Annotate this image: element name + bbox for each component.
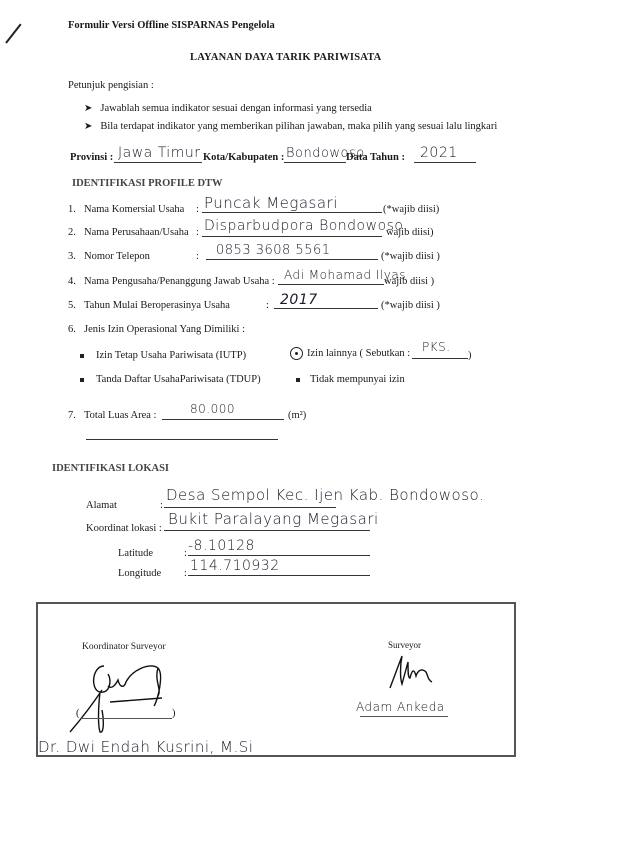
surveyor-label: Surveyor	[388, 640, 421, 650]
luas-area-field[interactable]: 80.000	[190, 402, 235, 416]
latitude-field[interactable]: -8.10128	[188, 538, 255, 554]
required-note: wajib diisi)	[386, 227, 434, 238]
permit-option-tdup[interactable]: Tanda Daftar UsahaPariwisata (TDUP)	[80, 374, 261, 385]
latitude-label: Latitude	[118, 548, 153, 559]
surveyor-signature	[386, 650, 446, 692]
instruction-text: Jawablah semua indikator sesuai dengan i…	[100, 103, 371, 114]
permit-option-iutp[interactable]: Izin Tetap Usaha Pariwisata (IUTP)	[80, 350, 246, 361]
field-3-num: 3.	[68, 251, 76, 262]
longitude-field[interactable]: 114.710932	[190, 558, 280, 574]
permit-label: Jenis Izin Operasional Yang Dimiliki :	[84, 324, 245, 335]
close-paren: )	[172, 708, 176, 719]
surveyor-name: Adam Ankeda	[356, 700, 445, 714]
open-paren: (	[76, 708, 80, 719]
permit-option-none[interactable]: Tidak mempunyai izin	[296, 374, 405, 385]
alamat-field[interactable]: Desa Sempol Kec. Ijen Kab. Bondowoso.	[166, 486, 484, 504]
instruction-text: Bila terdapat indikator yang memberikan …	[100, 121, 497, 132]
longitude-label: Longitude	[118, 568, 161, 579]
instruction-item: ➤Bila terdapat indikator yang memberikan…	[84, 121, 497, 132]
field-6-num: 6.	[68, 324, 76, 335]
close-paren: )	[468, 350, 472, 361]
field-3-label: Nomor Telepon	[84, 251, 150, 262]
field-7-num: 7.	[68, 410, 76, 421]
colon: :	[196, 204, 199, 215]
colon: :	[196, 251, 199, 262]
arrow-bullet-icon: ➤	[84, 121, 92, 132]
form-version-label: Formulir Versi Offline SISPARNAS Pengelo…	[68, 20, 275, 31]
koordinat-field[interactable]: Bukit Paralayang Megasari	[168, 510, 379, 528]
required-note: (*wajib diisi )	[381, 251, 440, 262]
colon: :	[266, 300, 269, 311]
field-2-label: Nama Perusahaan/Usaha	[84, 227, 189, 238]
colon: :	[196, 227, 199, 238]
field-4-label: Nama Pengusaha/Penanggung Jawab Usaha :	[84, 276, 275, 287]
permit-option-lainnya[interactable]: Izin lainnya ( Sebutkan :	[290, 347, 410, 360]
colon: :	[160, 500, 163, 511]
field-4-num: 4.	[68, 276, 76, 287]
required-note: (*wajib diisi)	[383, 204, 439, 215]
required-note: (*wajib diisi )	[381, 300, 440, 311]
coordinator-signature	[62, 660, 182, 740]
area-label: Total Luas Area :	[84, 410, 156, 421]
tahun-mulai-field[interactable]: 2017	[280, 292, 318, 308]
izin-lainnya-field[interactable]: PKS.	[422, 340, 451, 354]
location-heading: IDENTIFIKASI LOKASI	[52, 463, 169, 474]
field-5-label: Tahun Mulai Beroperasinya Usaha	[84, 300, 230, 311]
provinsi-field[interactable]: Jawa Timur	[118, 145, 200, 161]
telepon-field[interactable]: 0853 3608 5561	[216, 243, 331, 258]
tahun-label: Data Tahun :	[346, 152, 405, 163]
profile-heading: IDENTIFIKASI PROFILE DTW	[72, 178, 223, 189]
provinsi-label: Provinsi :	[70, 152, 113, 163]
field-1-num: 1.	[68, 204, 76, 215]
instructions-label: Petunjuk pengisian :	[68, 80, 154, 91]
page-title: LAYANAN DAYA TARIK PARIWISATA	[190, 52, 381, 63]
area-unit: (m²)	[288, 410, 306, 421]
nama-komersial-field[interactable]: Puncak Megasari	[204, 194, 338, 212]
arrow-bullet-icon: ➤	[84, 103, 92, 114]
coordinator-label: Koordinator Surveyor	[82, 642, 166, 652]
field-2-num: 2.	[68, 227, 76, 238]
field-5-num: 5.	[68, 300, 76, 311]
bullet-icon	[296, 378, 300, 382]
koordinat-label: Koordinat lokasi :	[86, 523, 162, 534]
kota-label: Kota/Kabupaten :	[203, 152, 284, 163]
bullet-icon	[80, 354, 84, 358]
selected-circle-icon	[290, 347, 303, 360]
nama-perusahaan-field[interactable]: Disparbudpora Bondowoso	[204, 218, 404, 234]
colon: :	[184, 568, 187, 579]
required-note: wajib diisi )	[384, 276, 434, 287]
field-1-label: Nama Komersial Usaha	[84, 204, 184, 215]
tahun-field[interactable]: 2021	[420, 145, 458, 161]
alamat-label: Alamat	[86, 500, 117, 511]
instruction-item: ➤Jawablah semua indikator sesuai dengan …	[84, 103, 372, 114]
pen-slash-mark	[5, 23, 21, 43]
colon: :	[184, 548, 187, 559]
bullet-icon	[80, 378, 84, 382]
coordinator-name: Dr. Dwi Endah Kusrini, M.Si	[38, 738, 253, 756]
